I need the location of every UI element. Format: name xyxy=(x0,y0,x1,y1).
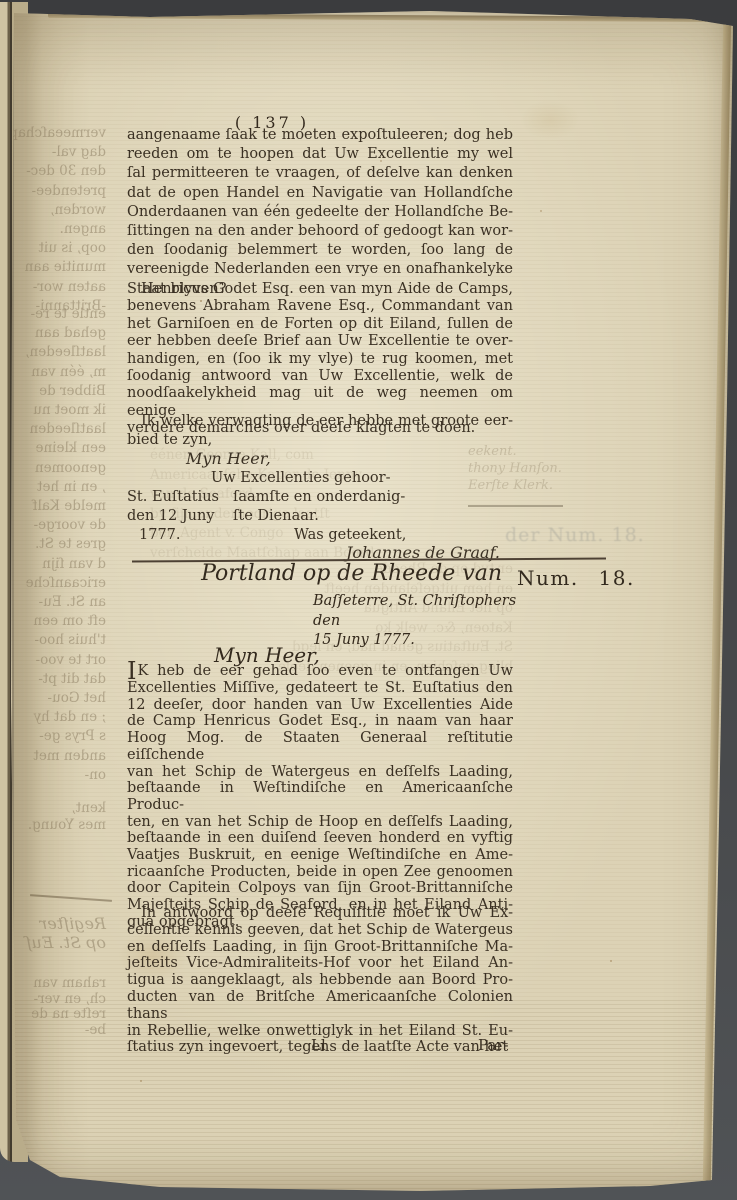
page-vignette xyxy=(0,0,737,1200)
book-page: vermeeaſchapdag val-den 30 dec-pretendee… xyxy=(0,0,737,1200)
scanned-book-photo: { "colors":{"paper":"#dcd2b5","ink":"#3a… xyxy=(0,0,737,1200)
